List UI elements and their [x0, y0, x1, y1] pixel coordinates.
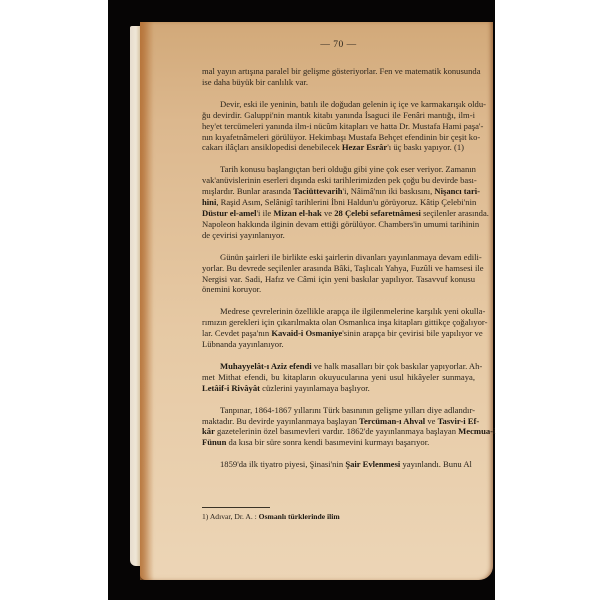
text-line: Nergisi var. Sadi, Hafız ve Câmi için ye…	[202, 274, 475, 285]
text-segment: met Mithat efendi, bu kitapların okuyucu…	[202, 372, 475, 382]
text-line: vak'anüvislerinin eserleri dışında eski …	[202, 175, 475, 186]
text-segment: ise daha büyük bir canlılık var.	[202, 77, 308, 87]
text-line: lar. Cevdet paşa'nın Kavaid-i Osmaniye's…	[202, 328, 475, 339]
bold-title: Kavaid-i Osmaniye	[271, 328, 342, 338]
bold-title: Hezar Esrâr	[342, 142, 387, 152]
text-line: cakarı ilâçları ansiklopedisi denebilece…	[202, 142, 475, 153]
text-segment: önemini koruyor.	[202, 284, 261, 294]
text-line: Letâif-i Rivâyât cüzlerini yayınlamaya b…	[202, 383, 475, 394]
paragraph: Devir, eski ile yeninin, batılı ile doğu…	[202, 99, 475, 154]
text-line: Fünun da kısa bir süre sonra kendi basım…	[202, 437, 475, 448]
text-line: yorlar. Bu devrede seçilenler arasında B…	[202, 263, 475, 274]
bold-title: Fünun	[202, 437, 226, 447]
footnote-marker: 1)	[202, 512, 208, 521]
text-line: Medrese çevrelerinin özellikle arapça il…	[202, 306, 475, 317]
text-segment: Devir, eski ile yeninin, batılı ile doğu…	[220, 99, 486, 109]
paragraph: Tarih konusu başlangıçtan beri olduğu gi…	[202, 164, 475, 240]
bold-title: Tasvir-i Ef-	[438, 416, 480, 426]
text-line: ğu devirdir. Galuppi'nin mantık kitabı y…	[202, 110, 475, 121]
text-segment: ve	[322, 208, 334, 218]
text-segment: rımızın gerekleri için çıkarılmakta olan…	[202, 317, 487, 327]
text-segment: seçilenler arasında.	[421, 208, 489, 218]
text-line: ise daha büyük bir canlılık var.	[202, 77, 475, 88]
text-line: önemini koruyor.	[202, 284, 475, 295]
bold-title: 28 Çelebi sefaretnâmesi	[334, 208, 421, 218]
text-segment: ve	[425, 416, 437, 426]
text-segment: 'sinin arapça bir çevirisi bile yapılıyo…	[342, 328, 482, 338]
text-segment: 'ı üç baskı yapıyor. (1)	[387, 142, 464, 152]
paragraph: 1859'da ilk tiyatro piyesi, Şinasi'nin Ş…	[202, 459, 475, 470]
text-segment: 'i ile	[257, 208, 274, 218]
text-line: Muhayyelât-ı Aziz efendi ve halk masalla…	[202, 361, 475, 372]
text-segment: mal yayın artışına paralel bir gelişme g…	[202, 66, 481, 76]
bold-title: Nişancı tari-	[434, 186, 480, 196]
text-line: Devir, eski ile yeninin, batılı ile doğu…	[202, 99, 475, 110]
bold-title: Mizan el-hak	[273, 208, 321, 218]
text-segment: mışlardır. Bunlar arasında	[202, 186, 293, 196]
bold-title: Şair Evlenmesi	[345, 459, 400, 469]
text-segment: Tarih konusu başlangıçtan beri olduğu gi…	[220, 164, 476, 174]
paragraph: Medrese çevrelerinin özellikle arapça il…	[202, 306, 475, 350]
text-line: mışlardır. Bunlar arasında Taciüttevarih…	[202, 186, 475, 197]
paragraphs: mal yayın artışına paralel bir gelişme g…	[202, 66, 475, 470]
text-segment: nın kıyafetnâmeleri görülüyor. Hekimbaşı…	[202, 132, 480, 142]
text-segment: da kısa bir süre sonra kendi basımevini …	[226, 437, 429, 447]
text-segment: gazetelerinin özel basımevleri vardır. 1…	[215, 426, 458, 436]
text-segment: , Raşid Asım, Selânigî tarihlerini İbni …	[216, 197, 476, 207]
text-line: nın kıyafetnâmeleri görülüyor. Hekimbaşı…	[202, 132, 475, 143]
bold-title: hini	[202, 197, 216, 207]
paragraph: Tanpınar, 1864-1867 yıllarını Türk basın…	[202, 405, 475, 449]
bold-title: Letâif-i Rivâyât	[202, 383, 260, 393]
text-line: Tarih konusu başlangıçtan beri olduğu gi…	[202, 164, 475, 175]
bold-title: Taciüttevarih	[293, 186, 342, 196]
text-segment: ve halk masalları bir çok baskılar yapıy…	[312, 361, 483, 371]
book-page: — 70 — mal yayın artışına paralel bir ge…	[140, 22, 493, 580]
text-segment: Nergisi var. Sadi, Hafız ve Câmi için ye…	[202, 274, 475, 284]
text-line: 1859'da ilk tiyatro piyesi, Şinasi'nin Ş…	[202, 459, 475, 470]
text-segment: Medrese çevrelerinin özellikle arapça il…	[220, 306, 485, 316]
text-segment: 1859'da ilk tiyatro piyesi, Şinasi'nin	[220, 459, 345, 469]
text-segment: Lübnanda yayınlanıyor.	[202, 339, 284, 349]
text-segment: yayınlandı. Bunu Al	[400, 459, 472, 469]
text-line: hini, Raşid Asım, Selânigî tarihlerini İ…	[202, 197, 475, 208]
text-segment: cakarı ilâçları ansiklopedisi denebilece…	[202, 142, 342, 152]
bold-title: Mecmua-i	[458, 426, 495, 436]
text-line: met Mithat efendi, bu kitapların okuyucu…	[202, 372, 475, 383]
text-segment: de çevirisi yayınlanıyor.	[202, 230, 285, 240]
bold-title: Tercüman-ı Ahval	[359, 416, 425, 426]
footnote-divider	[202, 507, 270, 508]
text-line: mal yayın artışına paralel bir gelişme g…	[202, 66, 475, 77]
text-line: Napoleon hakkında ilginin devam ettiği g…	[202, 219, 475, 230]
text-line: Düstur el-amel'i ile Mizan el-hak ve 28 …	[202, 208, 475, 219]
text-line: Günün şairleri ile birlikte eski şairler…	[202, 252, 475, 263]
page-edges	[130, 26, 140, 566]
text-line: rımızın gerekleri için çıkarılmakta olan…	[202, 317, 475, 328]
text-segment: 'i, Nâimâ'nın iki baskısını,	[343, 186, 435, 196]
bold-title: Muhayyelât-ı Aziz efendi	[220, 361, 312, 371]
text-line: de çevirisi yayınlanıyor.	[202, 230, 475, 241]
text-segment: Napoleon hakkında ilginin devam ettiği g…	[202, 219, 479, 229]
paragraph: mal yayın artışına paralel bir gelişme g…	[202, 66, 475, 88]
text-line: hey'et tercümeleri yanında ilm-i nücûm k…	[202, 121, 475, 132]
footnote-title: Osmanlı türklerinde ilim	[259, 512, 340, 521]
page-body: — 70 — mal yayın artışına paralel bir ge…	[202, 66, 475, 481]
text-segment: cüzlerini yayınlamaya başlıyor.	[260, 383, 370, 393]
paragraph: Günün şairleri ile birlikte eski şairler…	[202, 252, 475, 296]
text-line: maktadır. Bu devirde yayınlanmaya başlay…	[202, 416, 475, 427]
page-number: — 70 —	[202, 40, 475, 51]
paragraph: Muhayyelât-ı Aziz efendi ve halk masalla…	[202, 361, 475, 394]
text-segment: vak'anüvislerinin eserleri dışında eski …	[202, 175, 477, 185]
footnote-author: Adıvar, Dr. A. :	[210, 512, 257, 521]
text-line: Tanpınar, 1864-1867 yıllarını Türk basın…	[202, 405, 475, 416]
text-segment: hey'et tercümeleri yanında ilm-i nücûm k…	[202, 121, 483, 131]
bold-title: Düstur el-amel	[202, 208, 257, 218]
footnote: 1) Adıvar, Dr. A. : Osmanlı türklerinde …	[202, 512, 475, 521]
text-segment: Tanpınar, 1864-1867 yıllarını Türk basın…	[220, 405, 475, 415]
text-segment: yorlar. Bu devrede seçilenler arasında B…	[202, 263, 484, 273]
text-segment: Günün şairleri ile birlikte eski şairler…	[220, 252, 482, 262]
text-line: Lübnanda yayınlanıyor.	[202, 339, 475, 350]
text-segment: lar. Cevdet paşa'nın	[202, 328, 271, 338]
text-segment: ğu devirdir. Galuppi'nin mantık kitabı y…	[202, 110, 475, 120]
text-segment: maktadır. Bu devirde yayınlanmaya başlay…	[202, 416, 359, 426]
gutter-shadow	[140, 22, 154, 580]
bold-title: kâr	[202, 426, 215, 436]
text-line: kâr gazetelerinin özel basımevleri vardı…	[202, 426, 475, 437]
